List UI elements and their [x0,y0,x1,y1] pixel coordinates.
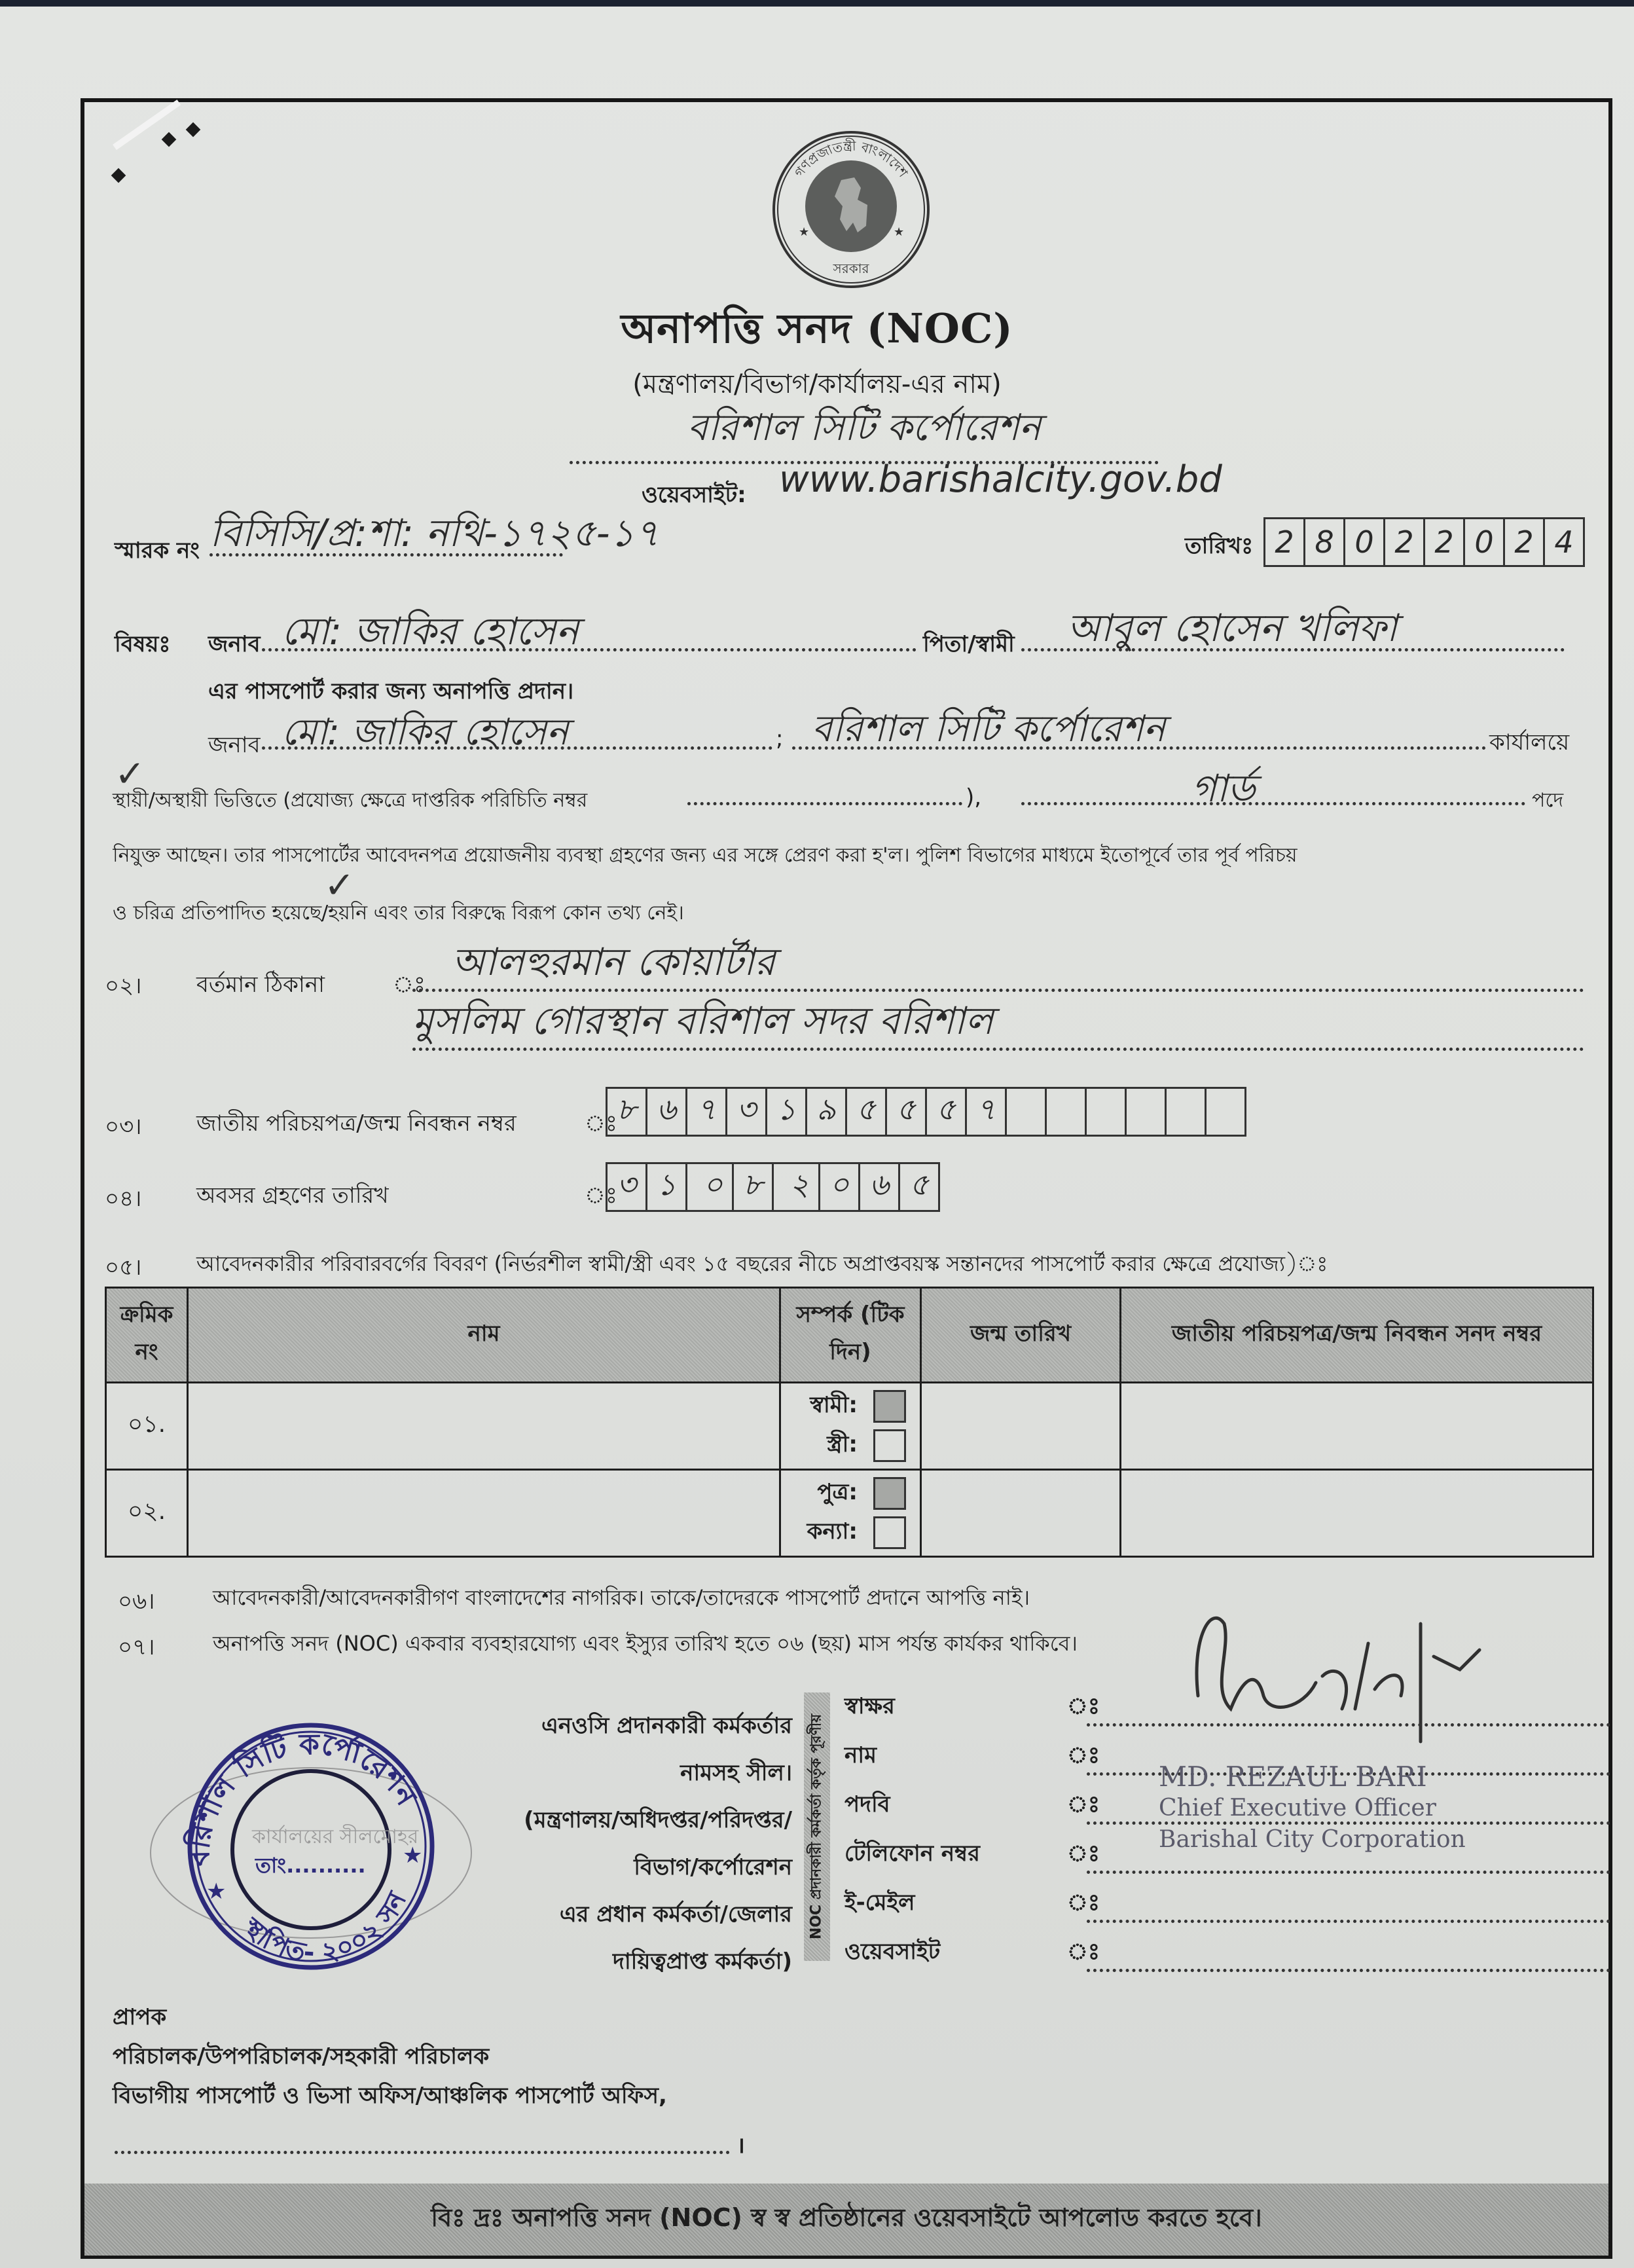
digit-box[interactable]: ৯ [807,1089,847,1135]
checkbox[interactable] [873,1429,906,1462]
digit-box[interactable]: ০ [694,1164,734,1210]
officer-name-stamp: MD. REZAUL BARI Chief Executive Officer … [1159,1761,1466,1856]
memo-dotted-line [209,553,563,557]
date-boxes[interactable]: 28022024 [1263,517,1585,567]
permanent-text: স্থায়ী/অস্থায়ী ভিত্তিতে (প্রযোজ্য ক্ষে… [113,784,587,818]
citizenship-statement: আবেদনকারী/আবেদনকারীগণ বাংলাদেশের নাগরিক।… [213,1581,1030,1617]
retirement-date-label: অবসর গ্রহণের তারিখ [196,1179,389,1216]
svg-text:★: ★ [206,1878,226,1905]
digit-box[interactable]: ১ [647,1164,687,1210]
digit-box[interactable] [1127,1089,1167,1135]
digit-box[interactable] [1047,1089,1087,1135]
address-label: বর্তমান ঠিকানা [196,968,325,1005]
digit-box[interactable] [1207,1089,1244,1135]
relation-wife[interactable]: স্ত্রী: [782,1426,919,1465]
body-name-field[interactable]: মো: জাকির হোসেন [281,704,568,765]
body-office-field[interactable]: বরিশাল সিটি কর্পোরেশন [812,701,1165,762]
memo-number-field[interactable]: বিসিসি/প্র:শা: নথি-১৭২৫-১৭ [209,504,659,568]
svg-text:সরকার: সরকার [832,261,869,276]
digit-box[interactable]: 2 [1505,519,1545,565]
subject-mr-label: জনাব [208,627,261,665]
digit-box[interactable]: 2 [1425,519,1465,565]
date-label: তারিখঃ [1185,529,1253,566]
body-paragraph-2: ও চরিত্র প্রতিপাদিত হয়েছে/হয়নি এবং তার… [113,897,684,930]
digit-box[interactable] [1007,1089,1047,1135]
digit-box[interactable]: ৬ [860,1164,900,1210]
family-nid-cell[interactable] [1121,1470,1593,1557]
vertical-label-bar: NOC প্রদানকারী কর্মকর্তা কর্তৃক পূরণীয় [804,1692,830,1961]
digit-box[interactable]: ৩ [727,1089,767,1135]
family-dob-cell[interactable] [921,1470,1121,1557]
field-email[interactable]: ই-মেইলঃ [844,1886,1610,1923]
designation-suffix: পদে [1532,784,1563,818]
official-seal: বরিশাল সিটি কর্পোরেশন স্থাপিত- ২০০২ সন ★… [144,1715,484,1990]
checkmark-icon: ✓ [115,753,145,796]
family-name-cell[interactable] [188,1383,780,1470]
digit-box[interactable]: ৮ [608,1089,647,1135]
family-details-label: আবেদনকারীর পরিবারবর্গের বিবরণ (নির্ভরশীল… [196,1247,1328,1283]
col-nid: জাতীয় পরিচয়পত্র/জন্ম নিবন্ধন সনদ নম্বর [1121,1288,1593,1383]
retirement-date-boxes[interactable]: ৩১০৮২০৬৫ [606,1162,940,1212]
relation-husband[interactable]: স্বামী: [782,1387,919,1426]
designation-field[interactable]: গার্ড [1191,759,1256,823]
col-serial: ক্রমিক নং [106,1288,188,1383]
digit-box[interactable]: ৫ [927,1089,967,1135]
relation-son[interactable]: পুত্র: [782,1474,919,1513]
memo-label: স্মারক নং [115,534,200,571]
field-website[interactable]: ওয়েবসাইটঃ [844,1935,1610,1972]
svg-text:কার্যালয়ের সীলমোহর: কার্যালয়ের সীলমোহর [251,1824,419,1848]
relation-daughter[interactable]: কন্যা: [782,1513,919,1552]
checkbox[interactable] [873,1516,906,1549]
checkbox[interactable] [873,1390,906,1423]
website-field[interactable]: www.barishalcity.gov.bd [779,458,1222,501]
family-dob-cell[interactable] [921,1383,1121,1470]
father-name-field[interactable]: আবুল হোসেন খলিফা [1067,599,1397,663]
office-suffix: কার্যালয়ে [1489,725,1569,763]
recipient-line-2: বিভাগীয় পাসপোর্ট ও ভিসা অফিস/আঞ্চলিক পা… [113,2079,667,2116]
digit-box[interactable]: 2 [1385,519,1425,565]
officer-label-block: এনওসি প্রদানকারী কর্মকর্তার নামসহ সীল। (… [471,1702,792,1985]
father-label: পিতা/স্বামী [923,627,1015,665]
office-id-line[interactable] [687,802,962,805]
recipient-heading: প্রাপক [113,2000,166,2038]
footer-note: বিঃ দ্রঃ অনাপত্তি সনদ (NOC) স্ব স্ব প্রত… [84,2184,1608,2256]
digit-box[interactable]: 8 [1305,519,1345,565]
family-nid-cell[interactable] [1121,1383,1593,1470]
nid-boxes[interactable]: ৮৬৭৩১৯৫৫৫৭ [606,1087,1246,1137]
digit-box[interactable]: 0 [1345,519,1385,565]
address-field-2[interactable]: মুসলিম গোরস্থান বরিশাল সদর বরিশাল [412,992,993,1055]
top-edge [0,0,1634,7]
digit-box[interactable]: ৭ [967,1089,1007,1135]
field-signature[interactable]: স্বাক্ষরঃ [844,1689,1610,1727]
address-field-1[interactable]: আলহুরমান কোয়ার্টার [452,933,775,997]
digit-box[interactable]: ০ [820,1164,860,1210]
digit-box[interactable]: 4 [1545,519,1583,565]
svg-text:★: ★ [894,225,904,239]
office-name-field[interactable]: বরিশাল সিটি কর্পোরেশন [570,399,1159,464]
svg-text:তাং..........: তাং.......... [255,1853,366,1878]
table-row: ০২. পুত্র: কন্যা: [106,1470,1593,1557]
subject-label: বিষয়ঃ [115,627,171,665]
family-table: ক্রমিক নং নাম সম্পর্ক (টিক দিন) জন্ম তার… [105,1287,1594,1558]
family-name-cell[interactable] [188,1470,780,1557]
recipient-line-1: পরিচালক/উপপরিচালক/সহকারী পরিচালক [113,2039,489,2077]
digit-box[interactable]: ৬ [647,1089,687,1135]
government-emblem-icon: সরকার ★ ★ গণপ্রজাতন্ত্রী বাংলাদেশ [769,128,933,291]
checkbox[interactable] [873,1477,906,1510]
col-dob: জন্ম তারিখ [921,1288,1121,1383]
body-mr-label: জনাব [208,728,261,765]
table-row: ০১. স্বামী: স্ত্রী: [106,1383,1593,1470]
digit-box[interactable]: ২ [780,1164,820,1210]
digit-box[interactable]: ৫ [847,1089,887,1135]
digit-box[interactable]: ৩ [608,1164,647,1210]
digit-box[interactable]: 0 [1465,519,1505,565]
validity-statement: অনাপত্তি সনদ (NOC) একবার ব্যবহারযোগ্য এব… [213,1627,1078,1662]
document-title: অনাপত্তি সনদ (NOC) [0,298,1634,365]
col-relation: সম্পর্ক (টিক দিন) [780,1288,921,1383]
digit-box[interactable]: 2 [1265,519,1305,565]
digit-box[interactable] [1167,1089,1207,1135]
digit-box[interactable]: ৮ [734,1164,774,1210]
applicant-name-field[interactable]: মো: জাকির হোসেন [281,602,579,666]
digit-box[interactable] [1087,1089,1127,1135]
svg-text:★: ★ [799,225,809,239]
digit-box[interactable]: ১ [767,1089,807,1135]
digit-box[interactable]: ৫ [900,1164,938,1210]
digit-box[interactable]: ৫ [887,1089,927,1135]
recipient-address-line[interactable] [115,2151,730,2154]
digit-box[interactable]: ৭ [687,1089,727,1135]
checkmark-icon: ✓ [324,864,355,907]
col-name: নাম [188,1288,780,1383]
designation-line [1021,802,1525,805]
nid-label: জাতীয় পরিচয়পত্র/জন্ম নিবন্ধন নম্বর [196,1107,517,1144]
